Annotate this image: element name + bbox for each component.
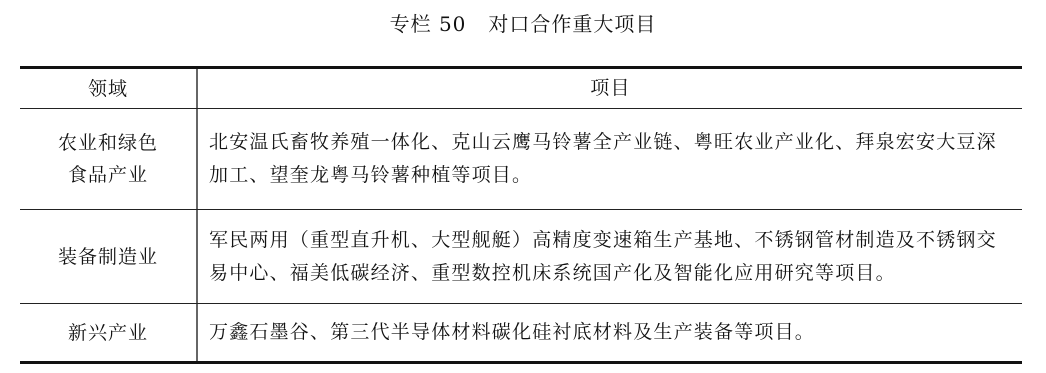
field-cell: 农业和绿色 食品产业 bbox=[20, 109, 198, 209]
table-row: 农业和绿色 食品产业 北安温氏畜牧养殖一体化、克山云鹰马铃薯全产业链、粤旺农业产… bbox=[20, 109, 1022, 210]
field-cell: 新兴产业 bbox=[20, 304, 198, 361]
field-cell: 装备制造业 bbox=[20, 210, 198, 303]
projects-cell: 万鑫石墨谷、第三代半导体材料碳化硅衬底材料及生产装备等项目。 bbox=[198, 304, 1022, 361]
field-line: 食品产业 bbox=[58, 159, 158, 191]
header-field: 领域 bbox=[20, 69, 198, 108]
field-line: 农业和绿色 bbox=[58, 127, 158, 159]
column-number: 专栏 50 bbox=[390, 12, 467, 36]
projects-cell: 北安温氏畜牧养殖一体化、克山云鹰马铃薯全产业链、粤旺农业产业化、拜泉宏安大豆深加… bbox=[198, 109, 1022, 209]
table-row: 新兴产业 万鑫石墨谷、第三代半导体材料碳化硅衬底材料及生产装备等项目。 bbox=[20, 304, 1022, 361]
projects-cell: 军民两用（重型直升机、大型舰艇）高精度变速箱生产基地、不锈钢管材制造及不锈钢交易… bbox=[198, 210, 1022, 303]
header-projects: 项目 bbox=[198, 69, 1022, 108]
table-caption: 专栏 50对口合作重大项目 bbox=[0, 10, 1046, 38]
column-title: 对口合作重大项目 bbox=[488, 12, 656, 36]
table-row: 装备制造业 军民两用（重型直升机、大型舰艇）高精度变速箱生产基地、不锈钢管材制造… bbox=[20, 210, 1022, 304]
projects-table: 领域 项目 农业和绿色 食品产业 北安温氏畜牧养殖一体化、克山云鹰马铃薯全产业链… bbox=[20, 66, 1022, 364]
table-header-row: 领域 项目 bbox=[20, 69, 1022, 109]
